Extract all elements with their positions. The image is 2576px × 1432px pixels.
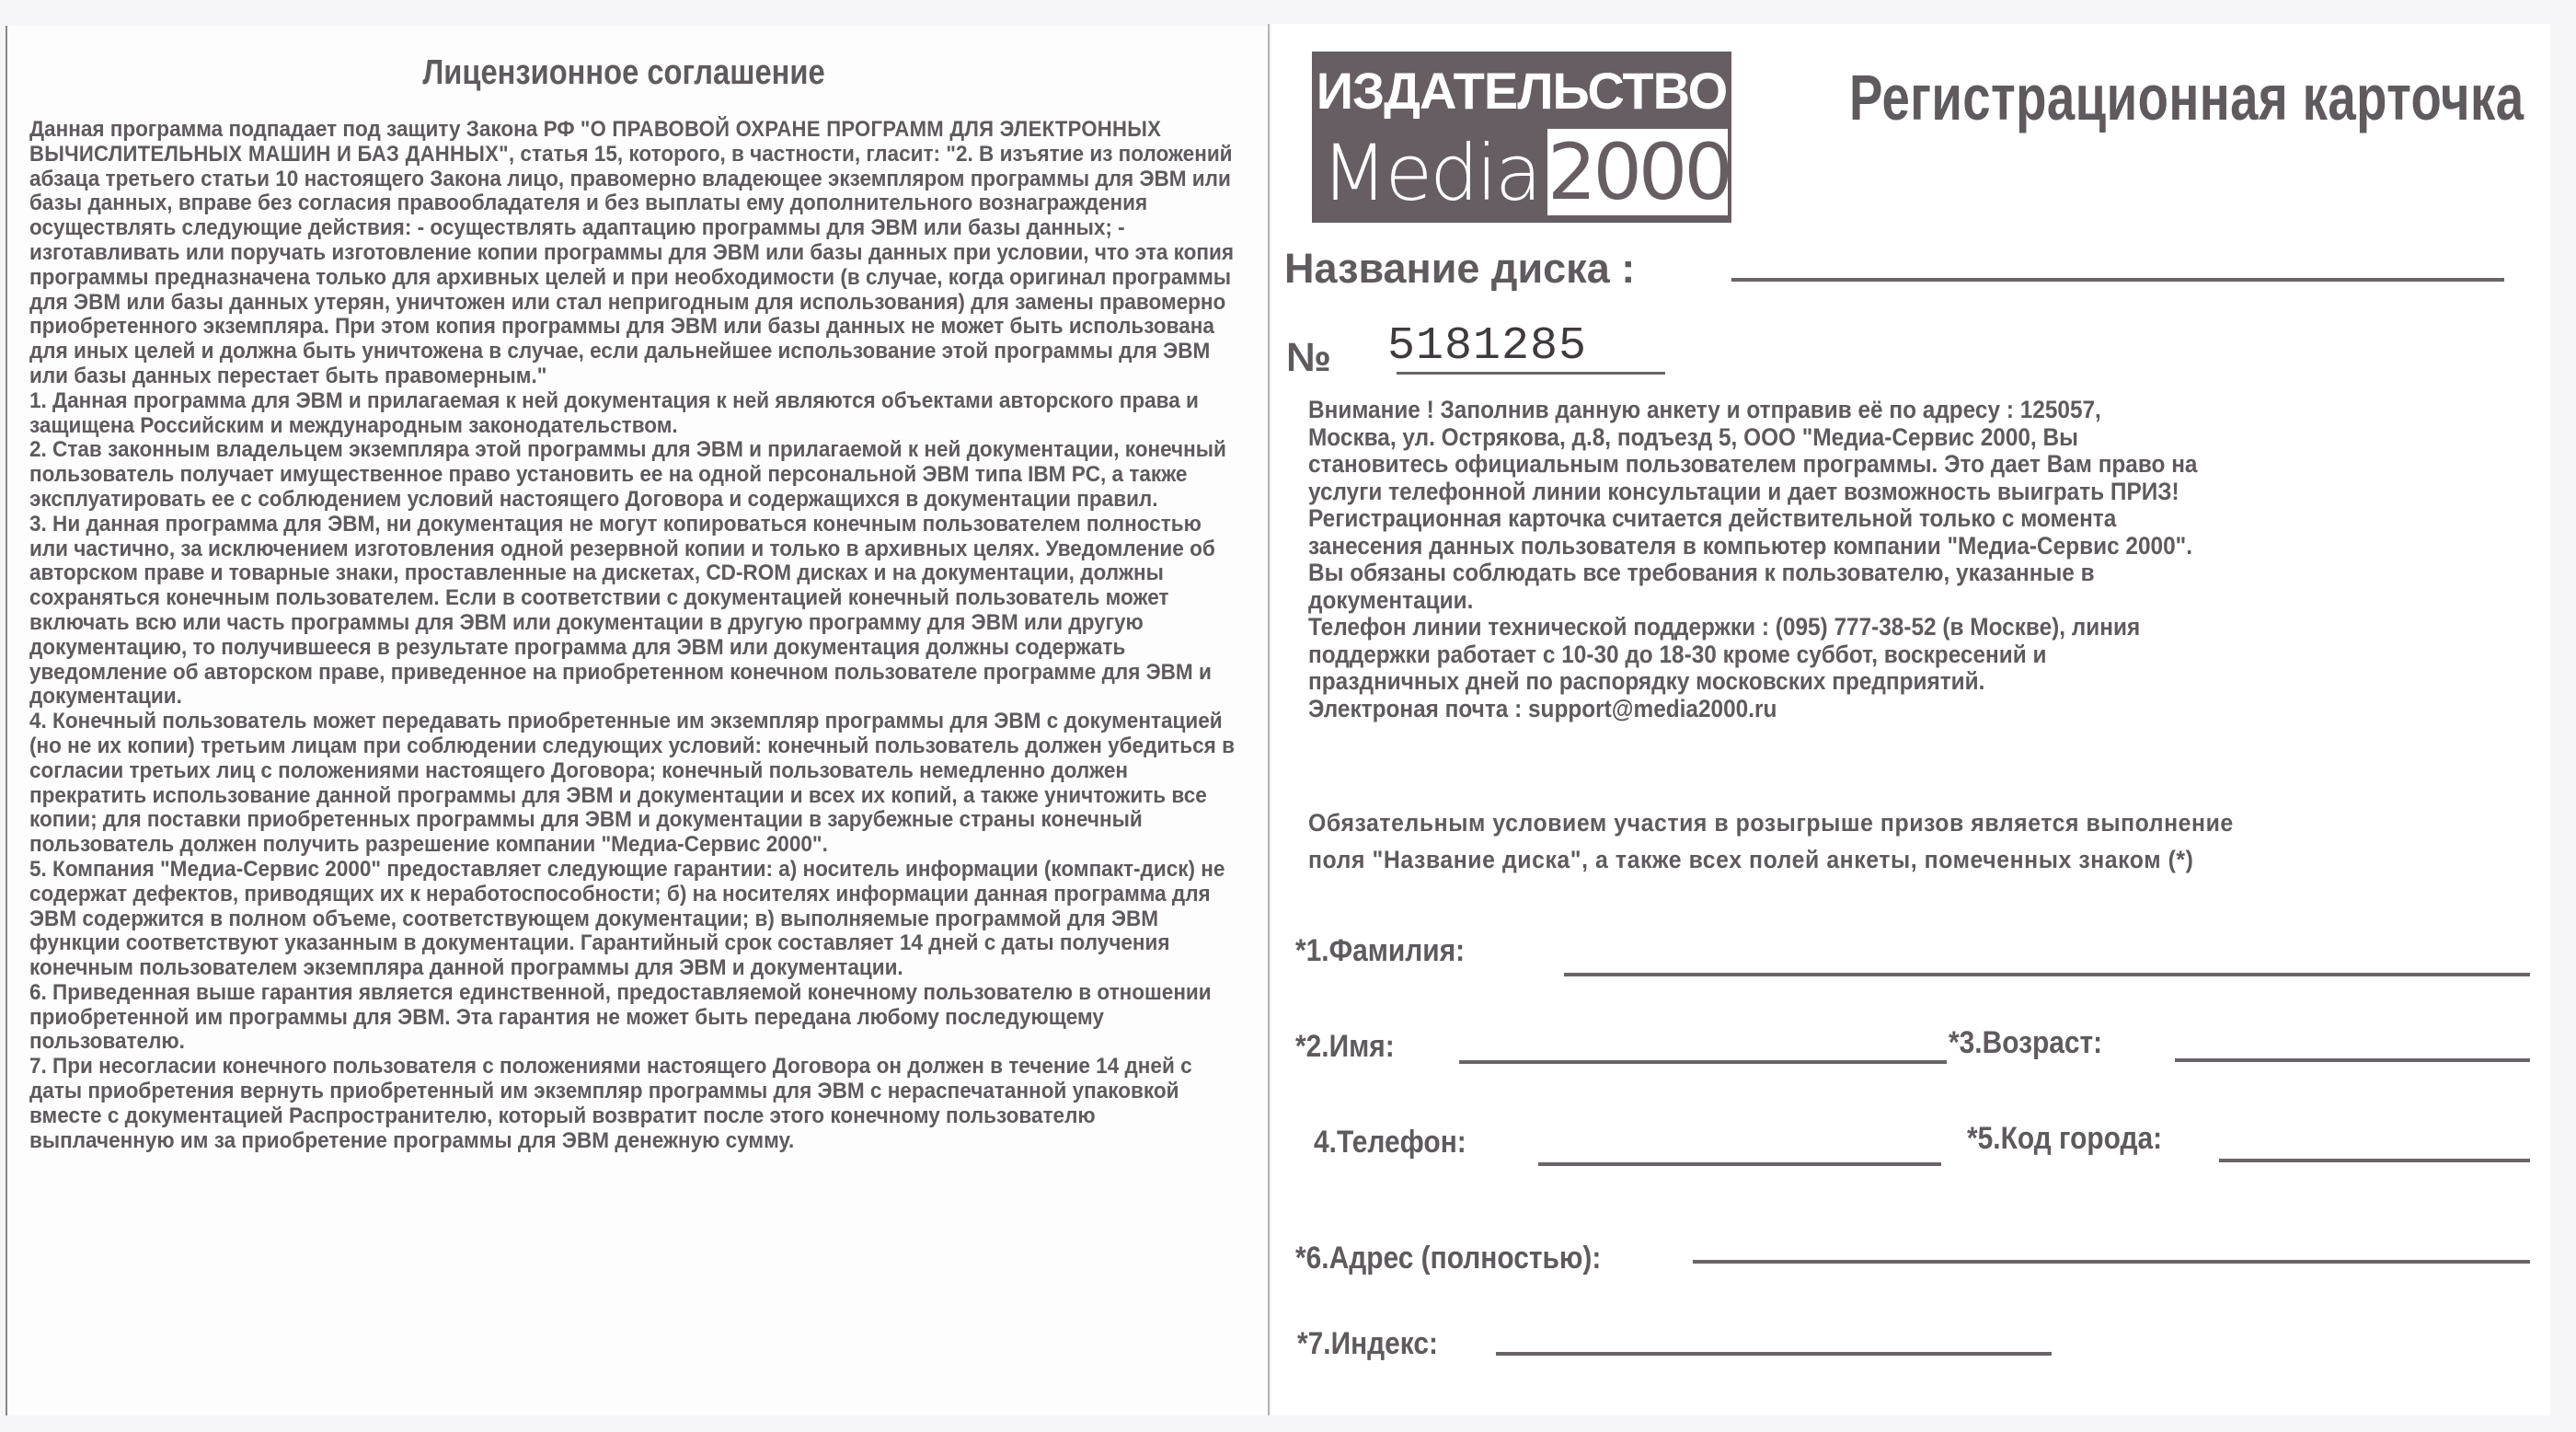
notice-line: Москва, ул. Острякова, д.8, подъезд 5, О…: [1308, 424, 2510, 452]
registration-card-page: ИЗДАТЕЛЬСТВО Media 2000 Регистрационная …: [1271, 24, 2550, 1415]
serial-number-label: №: [1286, 335, 1331, 381]
prize-condition-text: Обязательным условием участия в розыгрыш…: [1308, 804, 2510, 878]
condition-line: поля "Название диска", а также всех поле…: [1308, 841, 2510, 878]
logo-publisher-text: ИЗДАТЕЛЬСТВО: [1312, 61, 1731, 121]
logo-year-text: 2000: [1547, 129, 1728, 215]
license-clause: 6. Приведенная выше гарантия является ед…: [29, 981, 1240, 1055]
notice-line: поддержки работает с 10-30 до 18-30 кром…: [1308, 641, 2510, 669]
notice-line: становитесь официальным пользователем пр…: [1308, 451, 2510, 479]
license-body: Данная программа подпадает под защиту За…: [29, 118, 1240, 1153]
license-clause: 2. Став законным владельцем экземпляра э…: [29, 438, 1240, 512]
page-fold-divider: [1268, 24, 1270, 1415]
license-title: Лицензионное соглашение: [94, 53, 1154, 93]
card-title: Регистрационная карточка: [1849, 61, 2524, 134]
notice-line: документации.: [1308, 587, 2510, 615]
support-phone-line: Телефон линии технической поддержки : (0…: [1308, 614, 2510, 641]
intro-rest: , статья 15, которого, в частности, глас…: [29, 142, 1234, 388]
phone-label: 4.Телефон:: [1314, 1125, 1466, 1161]
name-label: *2.Имя:: [1295, 1029, 1395, 1065]
age-field[interactable]: [2175, 1058, 2530, 1062]
age-label: *3.Возраст:: [1949, 1025, 2102, 1061]
surname-field[interactable]: [1564, 973, 2530, 976]
notice-line: Внимание ! Заполнив данную анкету и отпр…: [1308, 397, 2510, 424]
name-field[interactable]: [1459, 1060, 1947, 1064]
notice-text: Внимание ! Заполнив данную анкету и отпр…: [1308, 397, 2510, 722]
serial-number: 5181285: [1387, 320, 1587, 373]
notice-line: услуги телефонной линии консультации и д…: [1308, 479, 2510, 506]
address-label: *6.Адрес (полностью):: [1295, 1241, 1601, 1276]
publisher-logo: ИЗДАТЕЛЬСТВО Media 2000: [1312, 52, 1731, 223]
logo-media-text: Media: [1321, 129, 1539, 217]
notice-line: Вы обязаны соблюдать все требования к по…: [1308, 560, 2510, 587]
surname-label: *1.Фамилия:: [1295, 933, 1465, 969]
serial-number-underline: [1397, 372, 1665, 375]
license-clause: 7. При несогласии конечного пользователя…: [29, 1055, 1240, 1153]
license-intro: Данная программа подпадает под защиту За…: [29, 118, 1240, 389]
address-field[interactable]: [1693, 1260, 2530, 1264]
index-field[interactable]: [1496, 1352, 2052, 1356]
license-page: Лицензионное соглашение Данная программа…: [6, 26, 1270, 1415]
city-code-label: *5.Код города:: [1967, 1121, 2162, 1157]
city-code-field[interactable]: [2219, 1159, 2530, 1162]
support-email-line: Электроная почта : support@media2000.ru: [1308, 696, 2510, 723]
condition-line: Обязательным условием участия в розыгрыш…: [1308, 804, 2510, 841]
disc-name-label: Название диска :: [1284, 245, 1635, 293]
license-clause: 5. Компания "Медиа-Сервис 2000" предоста…: [29, 858, 1240, 981]
index-label: *7.Индекс:: [1297, 1326, 1438, 1362]
notice-line: праздничных дней по распорядку московски…: [1308, 668, 2510, 696]
license-clause: 1. Данная программа для ЭВМ и прилагаема…: [29, 389, 1240, 439]
phone-field[interactable]: [1538, 1162, 1941, 1166]
intro-lead: Данная программа подпадает под защиту За…: [29, 117, 581, 142]
notice-line: занесения данных пользователя в компьюте…: [1308, 533, 2510, 560]
disc-name-field[interactable]: [1731, 278, 2504, 282]
license-clause: 4. Конечный пользователь может передават…: [29, 710, 1240, 858]
license-clause: 3. Ни данная программа для ЭВМ, ни докум…: [29, 513, 1240, 710]
notice-line: Регистрационная карточка считается дейст…: [1308, 505, 2510, 533]
